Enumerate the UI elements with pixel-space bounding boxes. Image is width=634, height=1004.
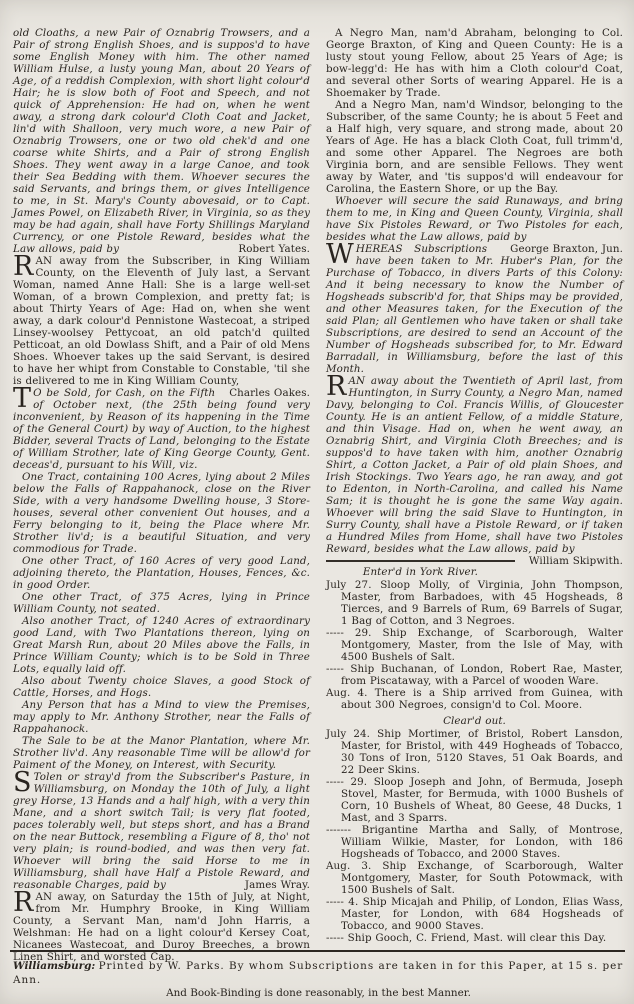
ship-entry: July 27. Sloop Molly, of Virginia, John … (326, 579, 623, 627)
ad-view-premises: Any Person that has a Mind to view the P… (13, 699, 310, 735)
drop-cap: R (13, 891, 35, 913)
ship-clearance: Aug. 3. Ship Exchange, of Scarborough, W… (326, 860, 623, 896)
drop-cap: R (13, 255, 35, 277)
ad-runaway-john-harris: RAN away, on Saturday the 15th of July, … (13, 891, 310, 963)
ad-stolen-horse: STolen or stray'd from the Subscriber's … (13, 771, 310, 891)
imprint-line-1: Williamsburg: Printed by W. Parks. By wh… (13, 960, 624, 987)
signature-william-skipwith: William Skipwith. (515, 555, 623, 567)
imprint-line-2: And Book-Binding is done reasonably, in … (13, 987, 624, 1001)
notice-text: HEREAS Subscriptions have been taken to … (326, 243, 623, 375)
drop-cap: T (13, 387, 33, 409)
ship-entry: ----- Ship Buchanan, of London, Robert R… (326, 663, 623, 687)
newspaper-page: old Cloaths, a new Pair of Oznabrig Trow… (0, 0, 634, 1004)
drop-cap: R (326, 375, 348, 397)
ad-text: old Cloaths, a new Pair of Oznabrig Trow… (13, 27, 310, 255)
ad-tract-375-acres: One other Tract, of 375 Acres, lying in … (13, 591, 310, 615)
section-divider (326, 560, 515, 562)
ad-text: AN away about the Twentieth of April las… (326, 375, 623, 555)
ship-clearance: July 24. Ship Mortimer, of Bristol, Robe… (326, 728, 623, 776)
entered-heading: Enter'd in York River. (326, 566, 623, 578)
footer-rule (10, 950, 625, 952)
ship-clearance: ----- 4. Ship Micajah and Philip, of Lon… (326, 896, 623, 932)
ad-slaves-and-stock: Also about Twenty choice Slaves, a good … (13, 675, 310, 699)
signature-charles-oakes: Charles Oakes. (215, 387, 310, 399)
ad-text: Whoever will secure the said Runaways, a… (326, 195, 623, 243)
ad-runaway-windsor: And a Negro Man, nam'd Windsor, belongin… (326, 99, 623, 195)
ad-tract-100-acres: One Tract, containing 100 Acres, lying a… (13, 471, 310, 555)
ship-clearance: ----- Ship Gooch, C. Friend, Mast. will … (326, 932, 623, 944)
ad-text: Tolen or stray'd from the Subscriber's P… (13, 771, 310, 891)
drop-cap: S (13, 771, 34, 793)
signature-robert-yates: Robert Yates. (224, 243, 310, 255)
ad-runaway-davy: RAN away about the Twentieth of April la… (326, 375, 623, 555)
ad-runaway-anne-hall: RAN away from the Subscriber, in King Wi… (13, 255, 310, 387)
ad-runaway-servants-continued: old Cloaths, a new Pair of Oznabrig Trow… (13, 27, 310, 255)
imprint-text: Printed by W. Parks. By whom Subscriptio… (13, 960, 623, 986)
signature-george-braxton: George Braxton, Jun. (487, 243, 623, 255)
ad-text: O be Sold, for Cash, on the Fifth of Oct… (13, 387, 310, 471)
ad-sale-terms: The Sale to be at the Manor Plantation, … (13, 735, 310, 771)
imprint-footer: Williamsburg: Printed by W. Parks. By wh… (13, 960, 624, 1001)
left-column: old Cloaths, a new Pair of Oznabrig Trow… (13, 27, 310, 963)
signature-james-wray: James Wray. (231, 879, 310, 891)
ad-tract-160-acres: One other Tract, of 160 Acres of very go… (13, 555, 310, 591)
ad-runaways-reward: Whoever will secure the said Runaways, a… (326, 195, 623, 243)
ad-tract-1240-acres: Also another Tract, of 1240 Acres of ext… (13, 615, 310, 675)
ship-entry: Aug. 4. There is a Ship arrived from Gui… (326, 687, 623, 711)
ship-clearance: ------- Brigantine Martha and Sally, of … (326, 824, 623, 860)
ship-entry: ----- 29. Ship Exchange, of Scarborough,… (326, 627, 623, 663)
columns-container: old Cloaths, a new Pair of Oznabrig Trow… (0, 0, 634, 963)
ad-text: AN away, on Saturday the 15th of July, a… (13, 891, 310, 963)
ship-clearance: ----- 29. Sloop Joseph and John, of Berm… (326, 776, 623, 824)
drop-cap: W (326, 243, 356, 265)
ad-runaway-abraham: A Negro Man, nam'd Abraham, belonging to… (326, 27, 623, 99)
imprint-place: Williamsburg: (13, 960, 95, 972)
ad-text: AN away from the Subscriber, in King Wil… (13, 255, 310, 387)
right-column: A Negro Man, nam'd Abraham, belonging to… (326, 27, 623, 963)
ad-land-sale-intro: TO be Sold, for Cash, on the Fifth of Oc… (13, 387, 310, 471)
cleared-heading: Clear'd out. (326, 715, 623, 727)
notice-tobacco-subscriptions: WHEREAS Subscriptions have been taken to… (326, 243, 623, 375)
